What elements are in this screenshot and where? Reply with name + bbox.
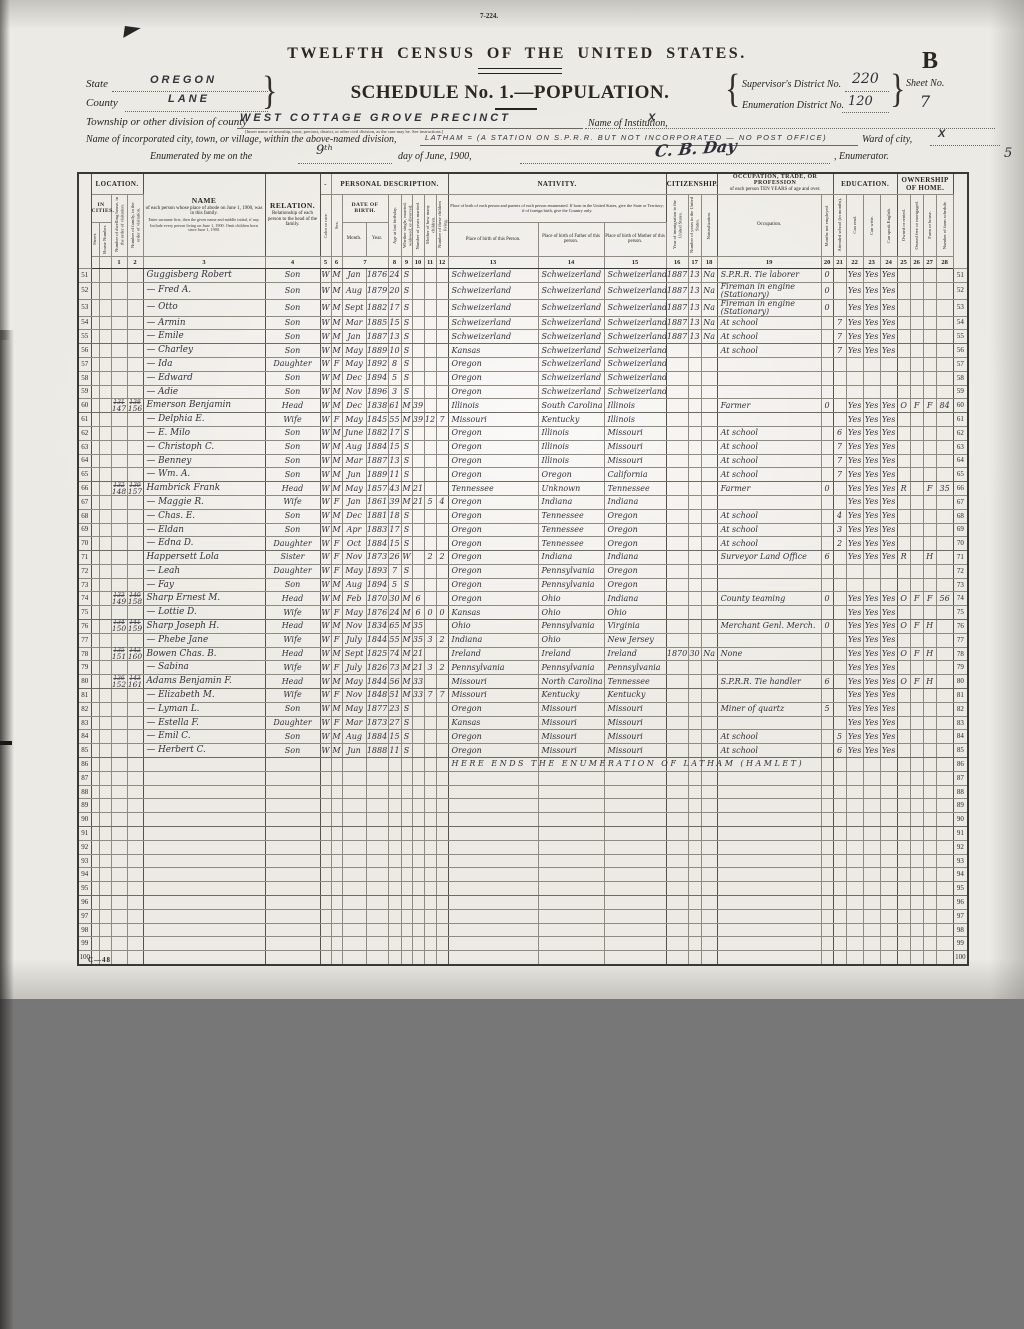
cell-children-living [436,909,448,923]
cell-marital-status: S [401,426,412,440]
cell-farm-house [923,702,936,716]
cell-speak-english: Yes [880,299,897,316]
cell-speak-english: Yes [880,620,897,634]
cell-children-living [436,702,448,716]
cell-birth-year [366,799,388,813]
enumerator-label: , Enumerator. [834,151,889,162]
cell-color-race: W [320,399,331,413]
cell-birth-year: 1884 [366,440,388,454]
cell-mother-birthplace: Illinois [604,413,666,427]
cell-family-number: 139157 [127,482,143,496]
in-cities-header: IN CITIES. [91,194,111,222]
cell-mother-birthplace: Schweizerland [604,299,666,316]
cell-birth-year: 1894 [366,371,388,385]
column-number: 28 [936,256,953,268]
cell-speak-english [880,785,897,799]
cell-naturalization [701,730,717,744]
cell-birthplace: Oregon [448,592,538,606]
cell-father-birthplace: Schweizerland [538,299,604,316]
table-row: 80136152143161Adams Benjamin F.HeadWMMay… [78,675,968,689]
cell-years-in-us [688,440,701,454]
column-label: Can speak English. [886,208,891,243]
cell-age: 73 [388,661,401,675]
cell-immigration-year [666,785,688,799]
cell-relation [265,951,320,965]
cell-can-read: Yes [846,495,863,509]
cell-mother-birthplace [604,896,666,910]
cell-house-number [99,923,111,937]
cell-father-birthplace: Indiana [538,495,604,509]
cell-speak-english: Yes [880,537,897,551]
cell-relation: Wife [265,633,320,647]
row-number-left: 56 [78,344,91,358]
cell-children-living [436,371,448,385]
cell-marital-status [401,785,412,799]
cell-birthplace: Kansas [448,344,538,358]
cell-months-unemployed: 0 [821,282,833,299]
cell-years-in-us [688,661,701,675]
cell-street [91,454,99,468]
cell-can-read [846,854,863,868]
cell-owned-rented [897,509,910,523]
cell-immigration-year [666,482,688,496]
column-label: Sex. [334,221,339,229]
cell-birth-month: Aug [342,440,366,454]
cell-occupation: At school [717,468,821,482]
row-number-right: 66 [953,482,968,496]
cell-months-unemployed: 0 [821,592,833,606]
cell-owned-rented [897,854,910,868]
cell-relation: Wife [265,606,320,620]
cell-father-birthplace: Schweizerland [538,357,604,371]
cell-farm-schedule [936,813,953,827]
cell-naturalization [701,385,717,399]
cell-street [91,282,99,299]
cell-attended-school [833,633,846,647]
cell-sex: M [331,330,342,344]
cell-name: — Ida [143,357,265,371]
cell-months-unemployed [821,344,833,358]
cell-age: 17 [388,426,401,440]
cell-sex: F [331,661,342,675]
table-row: 9090 [78,813,968,827]
cell-can-read: Yes [846,592,863,606]
cell-free-mortgaged [910,282,923,299]
cell-months-unemployed [821,647,833,661]
cell-name: — Herbert C. [143,744,265,758]
row-number-header-right [953,173,968,268]
cell-children-living [436,647,448,661]
cell-sex [331,813,342,827]
cell-years-in-us [688,923,701,937]
cell-dwelling-number: 131147 [111,399,127,413]
cell-farm-schedule [936,827,953,841]
cell-marital-status [401,937,412,951]
cell-birthplace: Schweizerland [448,282,538,299]
row-number-right: 90 [953,813,968,827]
cell-children-living [436,730,448,744]
cell-can-write: Yes [863,454,880,468]
cell-children-living [436,799,448,813]
row-number-left: 91 [78,827,91,841]
cell-color-race: W [320,620,331,634]
table-row: 65— Wm. A.SonWMJun188911SOregonOregonCal… [78,468,968,482]
cell-dwelling-number: 136152 [111,675,127,689]
cell-years-married [412,454,424,468]
cell-age: 13 [388,330,401,344]
cell-years-married [412,426,424,440]
cell-father-birthplace: Pennsylvania [538,564,604,578]
cell-house-number [99,482,111,496]
cell-years-married [412,330,424,344]
cell-color-race: W [320,523,331,537]
cell-father-birthplace: South Carolina [538,399,604,413]
cell-attended-school [833,551,846,565]
cell-owned-rented [897,316,910,330]
cell-years-married: 21 [412,661,424,675]
cell-house-number [99,702,111,716]
cell-birth-year: 1884 [366,730,388,744]
cell-mother-birthplace: Schweizerland [604,282,666,299]
cell-farm-house: F [923,482,936,496]
cell-can-read: Yes [846,344,863,358]
cell-birthplace: Oregon [448,702,538,716]
cell-years-in-us [688,854,701,868]
cell-sex: F [331,495,342,509]
cell-birthplace: Schweizerland [448,268,538,282]
cell-age: 23 [388,702,401,716]
cell-dwelling-number [111,454,127,468]
cell-free-mortgaged: F [910,647,923,661]
cell-can-write: Yes [863,399,880,413]
cell-attended-school [833,495,846,509]
cell-family-number [127,799,143,813]
cell-birth-month: Dec [342,509,366,523]
column-number: 20 [821,256,833,268]
cell-color-race [320,785,331,799]
cell-children-living [436,268,448,282]
cell-street [91,564,99,578]
cell-birth-month: Nov [342,551,366,565]
cell-birth-year: 1889 [366,344,388,358]
cell-house-number [99,330,111,344]
cell-street [91,482,99,496]
cell-mother-of [424,592,436,606]
cell-years-in-us [688,702,701,716]
cell-age: 30 [388,592,401,606]
table-row: 100100 [78,951,968,965]
cell-occupation: Fireman in engine (Stationary) [717,299,821,316]
cell-family-number [127,316,143,330]
column-number-row: 1234567891011121314151617181920212223242… [78,256,968,268]
cell-dwelling-number [111,730,127,744]
table-row: 86HERE ENDS THE ENUMERATION OF LATHAM (H… [78,758,968,772]
cell-occupation [717,385,821,399]
cell-house-number [99,827,111,841]
marital-header: Whether single, married, widowed, or div… [401,194,412,256]
cell-color-race: W [320,564,331,578]
row-number-right: 59 [953,385,968,399]
cell-birthplace [448,923,538,937]
cell-birthplace [448,937,538,951]
cell-mother-of [424,357,436,371]
cell-farm-house [923,413,936,427]
cell-dwelling-number [111,468,127,482]
cell-sex [331,840,342,854]
cell-relation: Son [265,316,320,330]
column-header-occupation: OCCUPATION, TRADE, OR PROFESSION of each… [717,173,833,194]
cell-sex: M [331,647,342,661]
cell-mother-of [424,482,436,496]
cell-mother-birthplace [604,882,666,896]
cell-attended-school: 7 [833,330,846,344]
cell-attended-school [833,868,846,882]
signature-line [520,162,830,164]
cell-birth-month: Jun [342,744,366,758]
cell-dwelling-number [111,937,127,951]
margin-number: 5 [1004,146,1012,161]
cell-house-number [99,813,111,827]
cell-months-unemployed: 6 [821,675,833,689]
cell-family-number [127,951,143,965]
cell-relation [265,758,320,772]
cell-marital-status: S [401,454,412,468]
cell-marital-status: M [401,633,412,647]
cell-months-unemployed [821,468,833,482]
cell-age: 24 [388,606,401,620]
row-number-left: 94 [78,868,91,882]
column-number: 5 [320,256,331,268]
cell-years-married: 6 [412,606,424,620]
cell-free-mortgaged [910,299,923,316]
cell-color-race: W [320,537,331,551]
cell-family-number [127,702,143,716]
cell-farm-schedule [936,633,953,647]
cell-years-married [412,282,424,299]
cell-sex [331,868,342,882]
cell-years-in-us [688,371,701,385]
cell-relation: Son [265,744,320,758]
cell-children-living [436,827,448,841]
cell-age [388,813,401,827]
cell-naturalization [701,344,717,358]
months-unemployed-header: Months not employed. [821,194,833,256]
cell-family-number [127,440,143,454]
cell-naturalization [701,495,717,509]
cell-attended-school [833,620,846,634]
table-row: 72— LeahDaughterWFMay18937SOregonPennsyl… [78,564,968,578]
cell-house-number [99,937,111,951]
page-title: TWELFTH CENSUS OF THE UNITED STATES. [232,45,802,63]
cell-dwelling-number [111,537,127,551]
cell-age [388,785,401,799]
cell-farm-house [923,633,936,647]
cell-months-unemployed [821,509,833,523]
cell-street [91,468,99,482]
cell-mother-birthplace: Ohio [604,606,666,620]
cell-free-mortgaged [910,385,923,399]
cell-owned-rented: R [897,551,910,565]
cell-can-write [863,827,880,841]
cell-can-read [846,827,863,841]
cell-immigration-year [666,661,688,675]
row-number-right: 89 [953,799,968,813]
cell-free-mortgaged [910,661,923,675]
cell-birth-year: 1844 [366,675,388,689]
cell-occupation [717,896,821,910]
row-number-left: 76 [78,620,91,634]
cell-can-write: Yes [863,413,880,427]
cell-owned-rented [897,937,910,951]
cell-mother-of [424,702,436,716]
cell-free-mortgaged [910,813,923,827]
cell-owned-rented [897,702,910,716]
cell-sex [331,799,342,813]
cell-mother-of [424,840,436,854]
cell-sex: F [331,606,342,620]
cell-occupation [717,633,821,647]
table-row: 59— AdieSonWMNov18963SOregonSchweizerlan… [78,385,968,399]
cell-street [91,923,99,937]
cell-children-living [436,282,448,299]
table-row: 85— Herbert C.SonWMJun188811SOregonMisso… [78,744,968,758]
table-row: 64— BenneySonWMMar188713SOregonIllinoisM… [78,454,968,468]
cell-free-mortgaged [910,606,923,620]
table-row: 66132148139157Hambrick FrankHeadWMMay185… [78,482,968,496]
cell-mother-of [424,868,436,882]
cell-birth-year: 1884 [366,537,388,551]
owned-rented-header: Owned or rented. [897,194,910,256]
cell-house-number [99,299,111,316]
cell-children-living [436,316,448,330]
cell-farm-schedule: 84 [936,399,953,413]
cell-color-race: W [320,509,331,523]
cell-relation [265,813,320,827]
cell-naturalization [701,413,717,427]
cell-owned-rented [897,730,910,744]
cell-owned-rented [897,413,910,427]
cell-attended-school [833,702,846,716]
cell-mother-of [424,937,436,951]
column-number: 11 [424,256,436,268]
cell-immigration-year [666,882,688,896]
cell-birth-month [342,882,366,896]
cell-birth-month: July [342,633,366,647]
cell-dwelling-number [111,330,127,344]
row-number-left: 72 [78,564,91,578]
column-label: Age at last birthday. [392,207,397,244]
cell-farm-house [923,330,936,344]
cell-years-married [412,799,424,813]
age-header: Age at last birthday. [388,194,401,256]
cell-can-read: Yes [846,426,863,440]
row-number-left: 61 [78,413,91,427]
cell-owned-rented [897,523,910,537]
cell-birthplace [448,799,538,813]
census-table-body: 51Guggisberg RobertSonWMJan187624SSchwei… [78,268,968,964]
cell-sex: F [331,537,342,551]
cell-free-mortgaged [910,730,923,744]
row-number-right: 80 [953,675,968,689]
cell-house-number [99,537,111,551]
cell-can-write: Yes [863,606,880,620]
institution-line [585,127,995,129]
cell-marital-status [401,813,412,827]
row-number-left: 83 [78,716,91,730]
district-open-brace: { [725,65,740,111]
cell-farm-schedule [936,702,953,716]
cell-dwelling-number [111,282,127,299]
cell-family-number [127,633,143,647]
cell-naturalization [701,799,717,813]
row-number-left: 66 [78,482,91,496]
cell-owned-rented [897,268,910,282]
cell-dwelling-number [111,951,127,965]
cell-attended-school [833,882,846,896]
schedule-rule [495,108,537,110]
cell-family-number [127,840,143,854]
cell-free-mortgaged: F [910,592,923,606]
naturalization-header: Naturalization. [701,194,717,256]
cell-age: 27 [388,716,401,730]
cell-marital-status: M [401,675,412,689]
cell-relation: Son [265,702,320,716]
cell-naturalization [701,454,717,468]
cell-children-living [436,882,448,896]
cell-naturalization [701,661,717,675]
cell-years-in-us: 13 [688,299,701,316]
cell-family-number [127,716,143,730]
cell-free-mortgaged [910,854,923,868]
cell-speak-english: Yes [880,689,897,703]
sheet-value: 7 [920,92,930,111]
cell-farm-house [923,758,936,772]
cell-owned-rented [897,813,910,827]
cell-free-mortgaged [910,551,923,565]
cell-mother-of [424,923,436,937]
cell-age: 51 [388,689,401,703]
cell-years-in-us [688,937,701,951]
cell-marital-status: S [401,509,412,523]
cell-occupation [717,413,821,427]
cell-dwelling-number [111,909,127,923]
cell-owned-rented [897,840,910,854]
cell-farm-schedule [936,661,953,675]
cell-mother-birthplace: Schweizerland [604,330,666,344]
cell-farm-house [923,282,936,299]
cell-months-unemployed: 6 [821,551,833,565]
cell-attended-school [833,268,846,282]
cell-attended-school [833,923,846,937]
cell-mother-of [424,744,436,758]
cell-father-birthplace: Ohio [538,606,604,620]
cell-years-in-us [688,675,701,689]
cell-house-number [99,509,111,523]
cell-street [91,827,99,841]
cell-name: — Armin [143,316,265,330]
cell-street [91,785,99,799]
cell-dwelling-number: 133149 [111,592,127,606]
cell-family-number [127,268,143,282]
row-number-right: 55 [953,330,968,344]
cell-mother-of: 0 [424,606,436,620]
cell-mother-of [424,909,436,923]
enumeration-district-value: 120 [848,94,873,109]
cell-speak-english [880,371,897,385]
cell-can-write [863,882,880,896]
column-label: Number of family, in the order of visita… [130,197,141,253]
enumerated-label: Enumerated by me on the [150,151,252,162]
